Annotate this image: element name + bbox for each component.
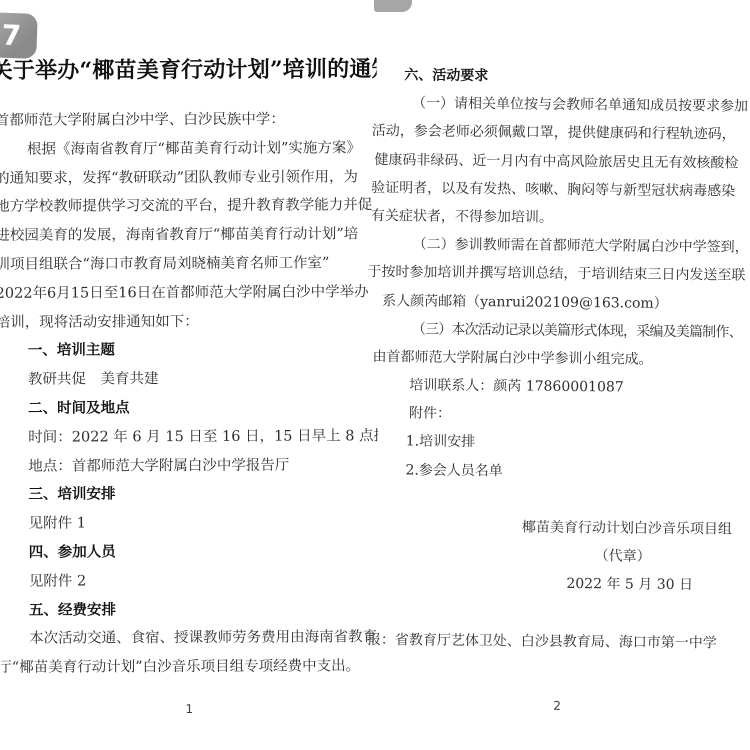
section-heading-3: 三、培训安排 — [28, 479, 379, 510]
signature-org: 椰苗美育行动计划白沙音乐项目组 — [522, 513, 750, 545]
attachment-item-2: 2.参会人员名单 — [405, 456, 750, 489]
doc-line: 根据《海南省教育厅“椰苗美育行动计划”实施方案》 — [27, 133, 380, 164]
page-1-body: 首都师范大学附属白沙中学、白沙民族中学： 根据《海南省教育厅“椰苗美育行动计划”… — [0, 104, 380, 682]
page-number-2: 2 — [553, 699, 561, 713]
section-heading-5: 五、经费安排 — [29, 594, 380, 625]
doc-line: 的通知要求，发挥“教研联动”团队教师专业引领作用，为 — [0, 162, 380, 193]
scanned-page-2: 六、活动要求 （一）请相关单位按与会教师名单通知成员按要求参加 活动，参会老师必… — [363, 0, 750, 750]
contact-phone-line: 培训联系人：颜芮 17860001087 — [409, 371, 750, 404]
doc-line: 进校园美育的发展，海南省教育厅“椰苗美育行动计划”培 — [0, 220, 380, 251]
training-theme: 教研共促 美育共建 — [28, 364, 380, 395]
doc-line: 本次活动交通、食宿、授课教师劳务费用由海南省教育 — [29, 623, 380, 654]
doc-line: 2022年6月15日至16日在首都师范大学附属白沙中学举办 — [0, 277, 380, 308]
signature-seal-note: （代章） — [595, 542, 750, 573]
doc-line: 厅“椰苗美育行动计划”白沙音乐项目组专项经费中支出。 — [0, 651, 380, 682]
attachment-ref-1: 见附件 1 — [29, 508, 380, 539]
doc-line: 地方学校教师提供学习交流的平台，提升教育教学能力并促 — [0, 191, 380, 222]
document-title: 关于举办“椰苗美育行动计划”培训的通知 — [0, 52, 380, 85]
doc-line: 训项目组联合“海口市教育局刘晓楠美育名师工作室” — [0, 248, 380, 279]
page-2-body: 六、活动要求 （一）请相关单位按与会教师名单通知成员按要求参加 活动，参会老师必… — [364, 61, 750, 660]
attachment-ref-2: 见附件 2 — [29, 565, 380, 596]
cc-report-line: 报：省教育厅艺体卫处、白沙县教育局、海口市第一中学 — [367, 626, 750, 660]
section-heading-2: 二、时间及地点 — [28, 392, 380, 423]
page-number-1: 1 — [185, 702, 193, 716]
section-heading-4: 四、参加人员 — [29, 536, 380, 567]
scanned-page-1: 关于举办“椰苗美育行动计划”培训的通知 首都师范大学附属白沙中学、白沙民族中学：… — [0, 0, 380, 750]
time-line: 时间：2022 年 6 月 15 日至 16 日，15 日早上 8 点报道 — [28, 421, 379, 452]
section-heading-1: 一、培训主题 — [28, 335, 380, 366]
location-line: 地点：首都师范大学附属白沙中学报告厅 — [28, 450, 379, 481]
doc-line: 培训，现将活动安排通知如下： — [0, 306, 380, 337]
recipient-line: 首都师范大学附属白沙中学、白沙民族中学： — [0, 104, 380, 135]
document-date: 2022 年 5 月 30 日 — [566, 570, 750, 602]
